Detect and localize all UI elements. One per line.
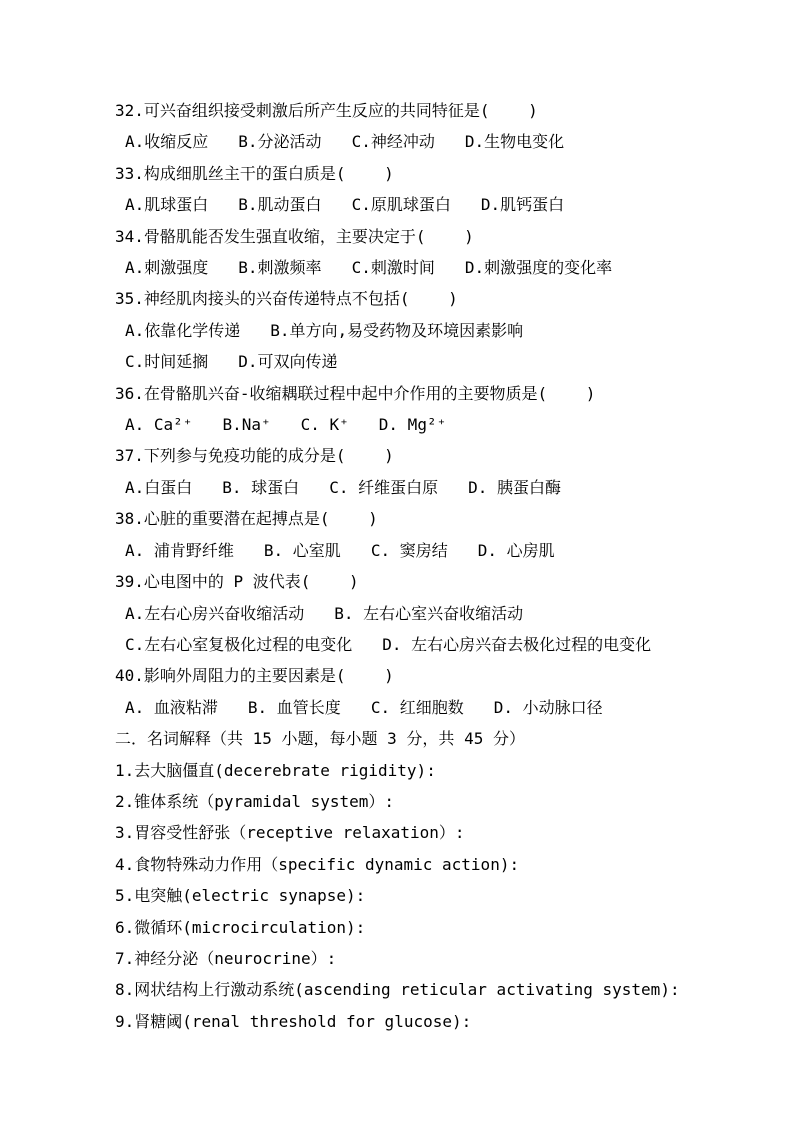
definition-item: 3.胃容受性舒张（receptive relaxation）: [115, 817, 739, 848]
option: A.依靠化学传递 [125, 315, 240, 346]
option-row: C.左右心室复极化过程的电变化D. 左右心房兴奋去极化过程的电变化 [115, 629, 739, 660]
option: A. 浦肯野纤维 [125, 535, 234, 566]
definition-item: 8.网状结构上行激动系统(ascending reticular activat… [115, 974, 739, 1005]
question-stem: 39.心电图中的 P 波代表( ) [115, 566, 739, 597]
option: A.左右心房兴奋收缩活动 [125, 598, 304, 629]
question-stem: 34.骨骼肌能否发生强直收缩，主要决定于( ) [115, 221, 739, 252]
question-stem: 33.构成细肌丝主干的蛋白质是( ) [115, 158, 739, 189]
option: C. 红细胞数 [371, 692, 464, 723]
option: C. 纤维蛋白原 [329, 472, 438, 503]
option: B. 心室肌 [264, 535, 341, 566]
definitions-container: 1.去大脑僵直(decerebrate rigidity):2.锥体系统（pyr… [115, 755, 739, 1038]
option: D.刺激强度的变化率 [465, 252, 612, 283]
question-stem: 37.下列参与免疫功能的成分是( ) [115, 440, 739, 471]
option: D. 心房肌 [478, 535, 555, 566]
definition-item: 5.电突触(electric synapse): [115, 880, 739, 911]
option: D. 胰蛋白酶 [468, 472, 561, 503]
definitions-section: 二．名词解释（共 15 小题，每小题 3 分，共 45 分） 1.去大脑僵直(d… [115, 723, 739, 1037]
definitions-section-heading: 二．名词解释（共 15 小题，每小题 3 分，共 45 分） [115, 723, 739, 754]
option: A.刺激强度 [125, 252, 208, 283]
option: B.单方向,易受药物及环境因素影响 [270, 315, 523, 346]
definition-item: 6.微循环(microcirculation): [115, 912, 739, 943]
definition-item: 4.食物特殊动力作用（specific dynamic action): [115, 849, 739, 880]
question-stem: 38.心脏的重要潜在起搏点是( ) [115, 503, 739, 534]
option: C.原肌球蛋白 [352, 189, 451, 220]
option: B. 血管长度 [248, 692, 341, 723]
option-row: A.白蛋白B. 球蛋白C. 纤维蛋白原D. 胰蛋白酶 [115, 472, 739, 503]
questions-container: 32.可兴奋组织接受刺激后所产生反应的共同特征是( )A.收缩反应B.分泌活动C… [115, 95, 739, 723]
option-row: A. 浦肯野纤维B. 心室肌C. 窦房结D. 心房肌 [115, 535, 739, 566]
question-stem: 32.可兴奋组织接受刺激后所产生反应的共同特征是( ) [115, 95, 739, 126]
option-row: A.收缩反应B.分泌活动C.神经冲动D.生物电变化 [115, 126, 739, 157]
option-row: A. Ca²⁺B.Na⁺C. K⁺D. Mg²⁺ [115, 409, 739, 440]
option: C. K⁺ [301, 409, 349, 440]
option: A. Ca²⁺ [125, 409, 192, 440]
option: D. 左右心房兴奋去极化过程的电变化 [382, 629, 651, 660]
option-row: A. 血液粘滞B. 血管长度C. 红细胞数D. 小动脉口径 [115, 692, 739, 723]
option: A.白蛋白 [125, 472, 192, 503]
question-stem: 40.影响外周阻力的主要因素是( ) [115, 660, 739, 691]
option: C.左右心室复极化过程的电变化 [125, 629, 352, 660]
definition-item: 2.锥体系统（pyramidal system）: [115, 786, 739, 817]
option: A.肌球蛋白 [125, 189, 208, 220]
option: C. 窦房结 [371, 535, 448, 566]
option: D.可双向传递 [238, 346, 337, 377]
option: B. 左右心室兴奋收缩活动 [334, 598, 523, 629]
option: D. Mg²⁺ [379, 409, 446, 440]
option: C.神经冲动 [352, 126, 435, 157]
option: B. 球蛋白 [222, 472, 299, 503]
option: A. 血液粘滞 [125, 692, 218, 723]
option: B.分泌活动 [238, 126, 321, 157]
question-stem: 36.在骨骼肌兴奋-收缩耦联过程中起中介作用的主要物质是( ) [115, 378, 739, 409]
option: A.收缩反应 [125, 126, 208, 157]
option-row: A.肌球蛋白B.肌动蛋白C.原肌球蛋白D.肌钙蛋白 [115, 189, 739, 220]
definition-item: 9.肾糖阈(renal threshold for glucose): [115, 1006, 739, 1037]
option: B.Na⁺ [222, 409, 270, 440]
option-row: C.时间延搁D.可双向传递 [115, 346, 739, 377]
option: B.肌动蛋白 [238, 189, 321, 220]
exam-page: 32.可兴奋组织接受刺激后所产生反应的共同特征是( )A.收缩反应B.分泌活动C… [0, 0, 794, 1123]
option-row: A.左右心房兴奋收缩活动B. 左右心室兴奋收缩活动 [115, 598, 739, 629]
multiple-choice-section: 32.可兴奋组织接受刺激后所产生反应的共同特征是( )A.收缩反应B.分泌活动C… [115, 95, 739, 723]
definition-item: 7.神经分泌（neurocrine）: [115, 943, 739, 974]
option-row: A.依靠化学传递B.单方向,易受药物及环境因素影响 [115, 315, 739, 346]
option-row: A.刺激强度B.刺激频率C.刺激时间D.刺激强度的变化率 [115, 252, 739, 283]
option: D.生物电变化 [465, 126, 564, 157]
option: C.时间延搁 [125, 346, 208, 377]
option: C.刺激时间 [352, 252, 435, 283]
option: D. 小动脉口径 [494, 692, 603, 723]
definition-item: 1.去大脑僵直(decerebrate rigidity): [115, 755, 739, 786]
option: D.肌钙蛋白 [481, 189, 564, 220]
option: B.刺激频率 [238, 252, 321, 283]
question-stem: 35.神经肌肉接头的兴奋传递特点不包括( ) [115, 283, 739, 314]
